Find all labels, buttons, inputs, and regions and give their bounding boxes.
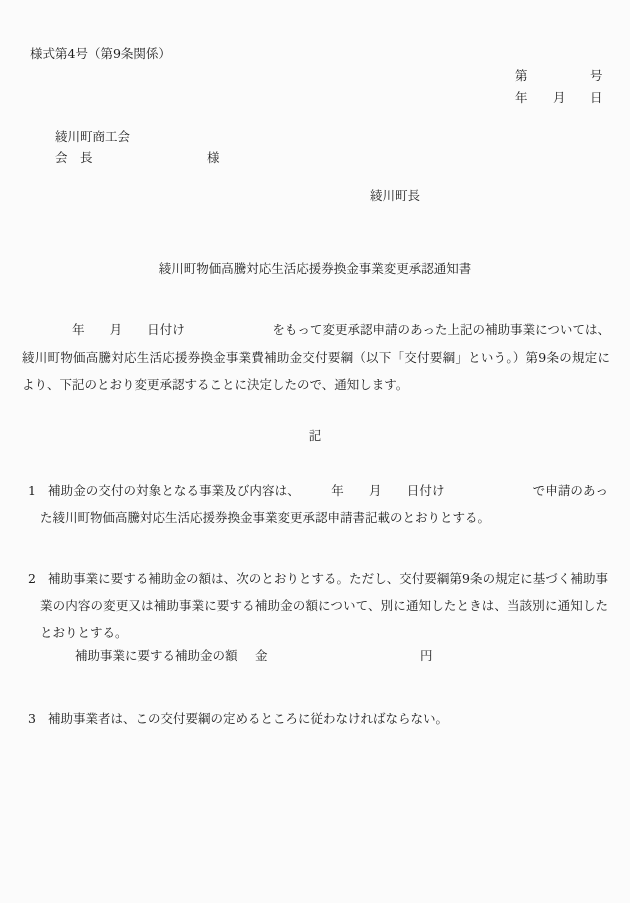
recipient-honorific: 様 [207,149,220,168]
sender-name: 綾川町長 [370,187,420,206]
item-1-text: 補助金の交付の対象となる事業及び内容は、 年 月 日付け で申請のあった綾川町物… [40,483,608,525]
document-number-suffix: 号 [590,67,603,86]
item-2-text: 補助事業に要する補助金の額は、次のとおりとする。ただし、交付要綱第9条の規定に基… [40,571,608,640]
note-header: 記 [0,427,630,446]
recipient-organization: 綾川町商工会 [55,128,130,147]
subsidy-amount-currency-suffix: 円 [420,647,433,666]
item-2-number: 2 [28,571,48,586]
list-item-2: 2補助事業に要する補助金の額は、次のとおりとする。ただし、交付要綱第9条の規定に… [40,565,608,646]
date-day-label: 日 [590,89,603,108]
document-page: 様式第4号（第9条関係） 第 号 年 月 日 綾川町商工会 会 長 様 綾川町長… [0,0,630,903]
document-title: 綾川町物価高騰対応生活応援券換金事業変更承認通知書 [0,260,630,279]
date-year-label: 年 [515,89,528,108]
list-item-3: 3補助事業者は、この交付要綱の定めるところに従わなければならない。 [40,705,608,732]
item-1-number: 1 [28,483,48,498]
date-month-label: 月 [553,89,566,108]
subsidy-amount-label: 補助事業に要する補助金の額 [75,647,238,666]
subsidy-amount-currency-prefix: 金 [255,647,268,666]
list-item-1: 1補助金の交付の対象となる事業及び内容は、 年 月 日付け で申請のあった綾川町… [40,477,608,531]
item-3-text: 補助事業者は、この交付要綱の定めるところに従わなければならない。 [48,711,448,726]
body-paragraph: 年 月 日付け をもって変更承認申請のあった上記の補助事業については、綾川町物価… [22,316,610,399]
form-number: 様式第4号（第9条関係） [30,45,171,64]
document-number-prefix: 第 [515,67,528,86]
item-3-number: 3 [28,711,48,726]
recipient-title: 会 長 [55,149,93,168]
